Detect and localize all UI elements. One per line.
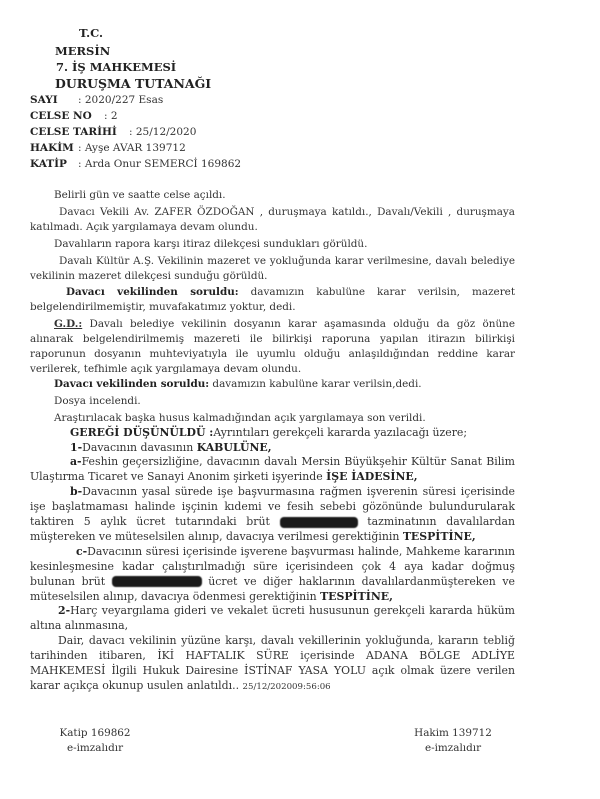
statement-text: davamızın kabulüne karar verilsin,dedi. — [209, 378, 421, 390]
item-letter: c- — [76, 545, 87, 558]
redacted-amount — [280, 517, 358, 528]
verdict-item-b: b-Davacının yasal sürede işe başvurmasın… — [30, 485, 515, 545]
document-title: DURUŞMA TUTANAĞI — [55, 76, 211, 91]
judge-esign-note: e-imzalıdır — [408, 741, 498, 756]
hearing-body: Belirli gün ve saatte celse açıldı. Dava… — [54, 188, 515, 695]
item-letter: a- — [70, 455, 82, 468]
verdict-item-2: 2-Harç veyargılama gideri ve vekalet ücr… — [30, 604, 515, 634]
meta-katip: KATİP: Arda Onur SEMERCİ 169862 — [30, 158, 241, 170]
meta-key: KATİP — [30, 158, 78, 170]
verdict-item-1: 1-Davacının davasının KABULÜNE, — [54, 441, 515, 456]
item-ruling: KABULÜNE, — [197, 441, 272, 454]
record-timestamp: 25/12/202009:56:06 — [243, 682, 331, 692]
judge-name: Hakim 139712 — [408, 726, 498, 741]
item-text: Harç veyargılama gideri ve vekalet ücret… — [30, 604, 515, 632]
paragraph-plaintiff-statement-1: Davacı vekilinden soruldu: davamızın kab… — [30, 285, 515, 315]
court-hearing-record: T.C. MERSİN 7. İŞ MAHKEMESİ DURUŞMA TUTA… — [0, 0, 600, 799]
paragraph-attendance: Davacı Vekili Av. ZAFER ÖZDOĞAN , duruşm… — [30, 205, 515, 235]
verdict-closing: Dair, davacı vekilinin yüzüne karşı, dav… — [30, 634, 515, 695]
paragraph-interim-decision: G.D.: Davalı belediye vekilinin dosyanın… — [30, 317, 515, 377]
paragraph-objection: Davalıların rapora karşı itiraz dilekçes… — [54, 237, 515, 252]
meta-key: SAYI — [30, 94, 78, 106]
paragraph-plaintiff-statement-2: Davacı vekilinden soruldu: davamızın kab… — [54, 377, 515, 392]
item-ruling: TESPİTİNE, — [320, 590, 393, 603]
label-asked: Davacı vekilinden soruldu: — [54, 378, 209, 390]
label-asked: Davacı vekilinden soruldu: — [66, 286, 239, 298]
signature-clerk: Katip 169862 e-imzalıdır — [50, 726, 140, 756]
court-heading: 7. İŞ MAHKEMESİ — [56, 60, 176, 74]
item-number: 1- — [70, 441, 82, 454]
verdict-heading: GEREĞİ DÜŞÜNÜLDÜ :Ayrıntıları gerekçeli … — [54, 426, 515, 441]
meta-hakim: HAKİM: Ayşe AVAR 139712 — [30, 142, 186, 154]
clerk-esign-note: e-imzalıdır — [50, 741, 140, 756]
country-heading: T.C. — [79, 26, 103, 40]
item-letter: b- — [70, 485, 82, 498]
label-gd: G.D.: — [54, 318, 82, 330]
meta-value: : Ayşe AVAR 139712 — [78, 142, 186, 154]
item-ruling: İŞE İADESİNE, — [326, 470, 417, 483]
verdict-item-a: a-Feshin geçersizliğine, davacının daval… — [30, 455, 515, 485]
meta-celse-no: CELSE NO: 2 — [30, 110, 118, 122]
city-heading: MERSİN — [55, 44, 110, 58]
paragraph-closed: Araştırılacak başka husus kalmadığından … — [54, 411, 515, 426]
meta-value: : Arda Onur SEMERCİ 169862 — [78, 158, 241, 170]
verdict-heading-text: Ayrıntıları gerekçeli kararda yazılacağı… — [213, 426, 467, 439]
item-number: 2- — [58, 604, 70, 617]
meta-value: : 2020/227 Esas — [78, 94, 163, 106]
paragraph-excuse: Davalı Kültür A.Ş. Vekilinin mazeret ve … — [30, 254, 515, 284]
clerk-name: Katip 169862 — [50, 726, 140, 741]
item-text: Feshin geçersizliğine, davacının davalı … — [30, 455, 515, 483]
signature-judge: Hakim 139712 e-imzalıdır — [408, 726, 498, 756]
paragraph-file-reviewed: Dosya incelendi. — [54, 394, 515, 409]
meta-key: HAKİM — [30, 142, 78, 154]
interim-decision-text: Davalı belediye vekilinin dosyanın karar… — [30, 318, 515, 375]
item-ruling: TESPİTİNE, — [403, 530, 476, 543]
item-text: Davacının davasının — [82, 441, 197, 454]
meta-key: CELSE NO — [30, 110, 104, 122]
meta-value: : 2 — [104, 110, 118, 122]
paragraph-opening: Belirli gün ve saatte celse açıldı. — [54, 188, 515, 203]
meta-key: CELSE TARİHİ — [30, 126, 129, 138]
meta-value: : 25/12/2020 — [129, 126, 196, 138]
meta-celse-tarihi: CELSE TARİHİ: 25/12/2020 — [30, 126, 196, 138]
redacted-amount — [112, 576, 202, 587]
verdict-item-c: c-Davacının süresi içerisinde işverene b… — [30, 545, 515, 605]
verdict-label: GEREĞİ DÜŞÜNÜLDÜ : — [70, 426, 213, 439]
meta-sayi: SAYI: 2020/227 Esas — [30, 94, 163, 106]
